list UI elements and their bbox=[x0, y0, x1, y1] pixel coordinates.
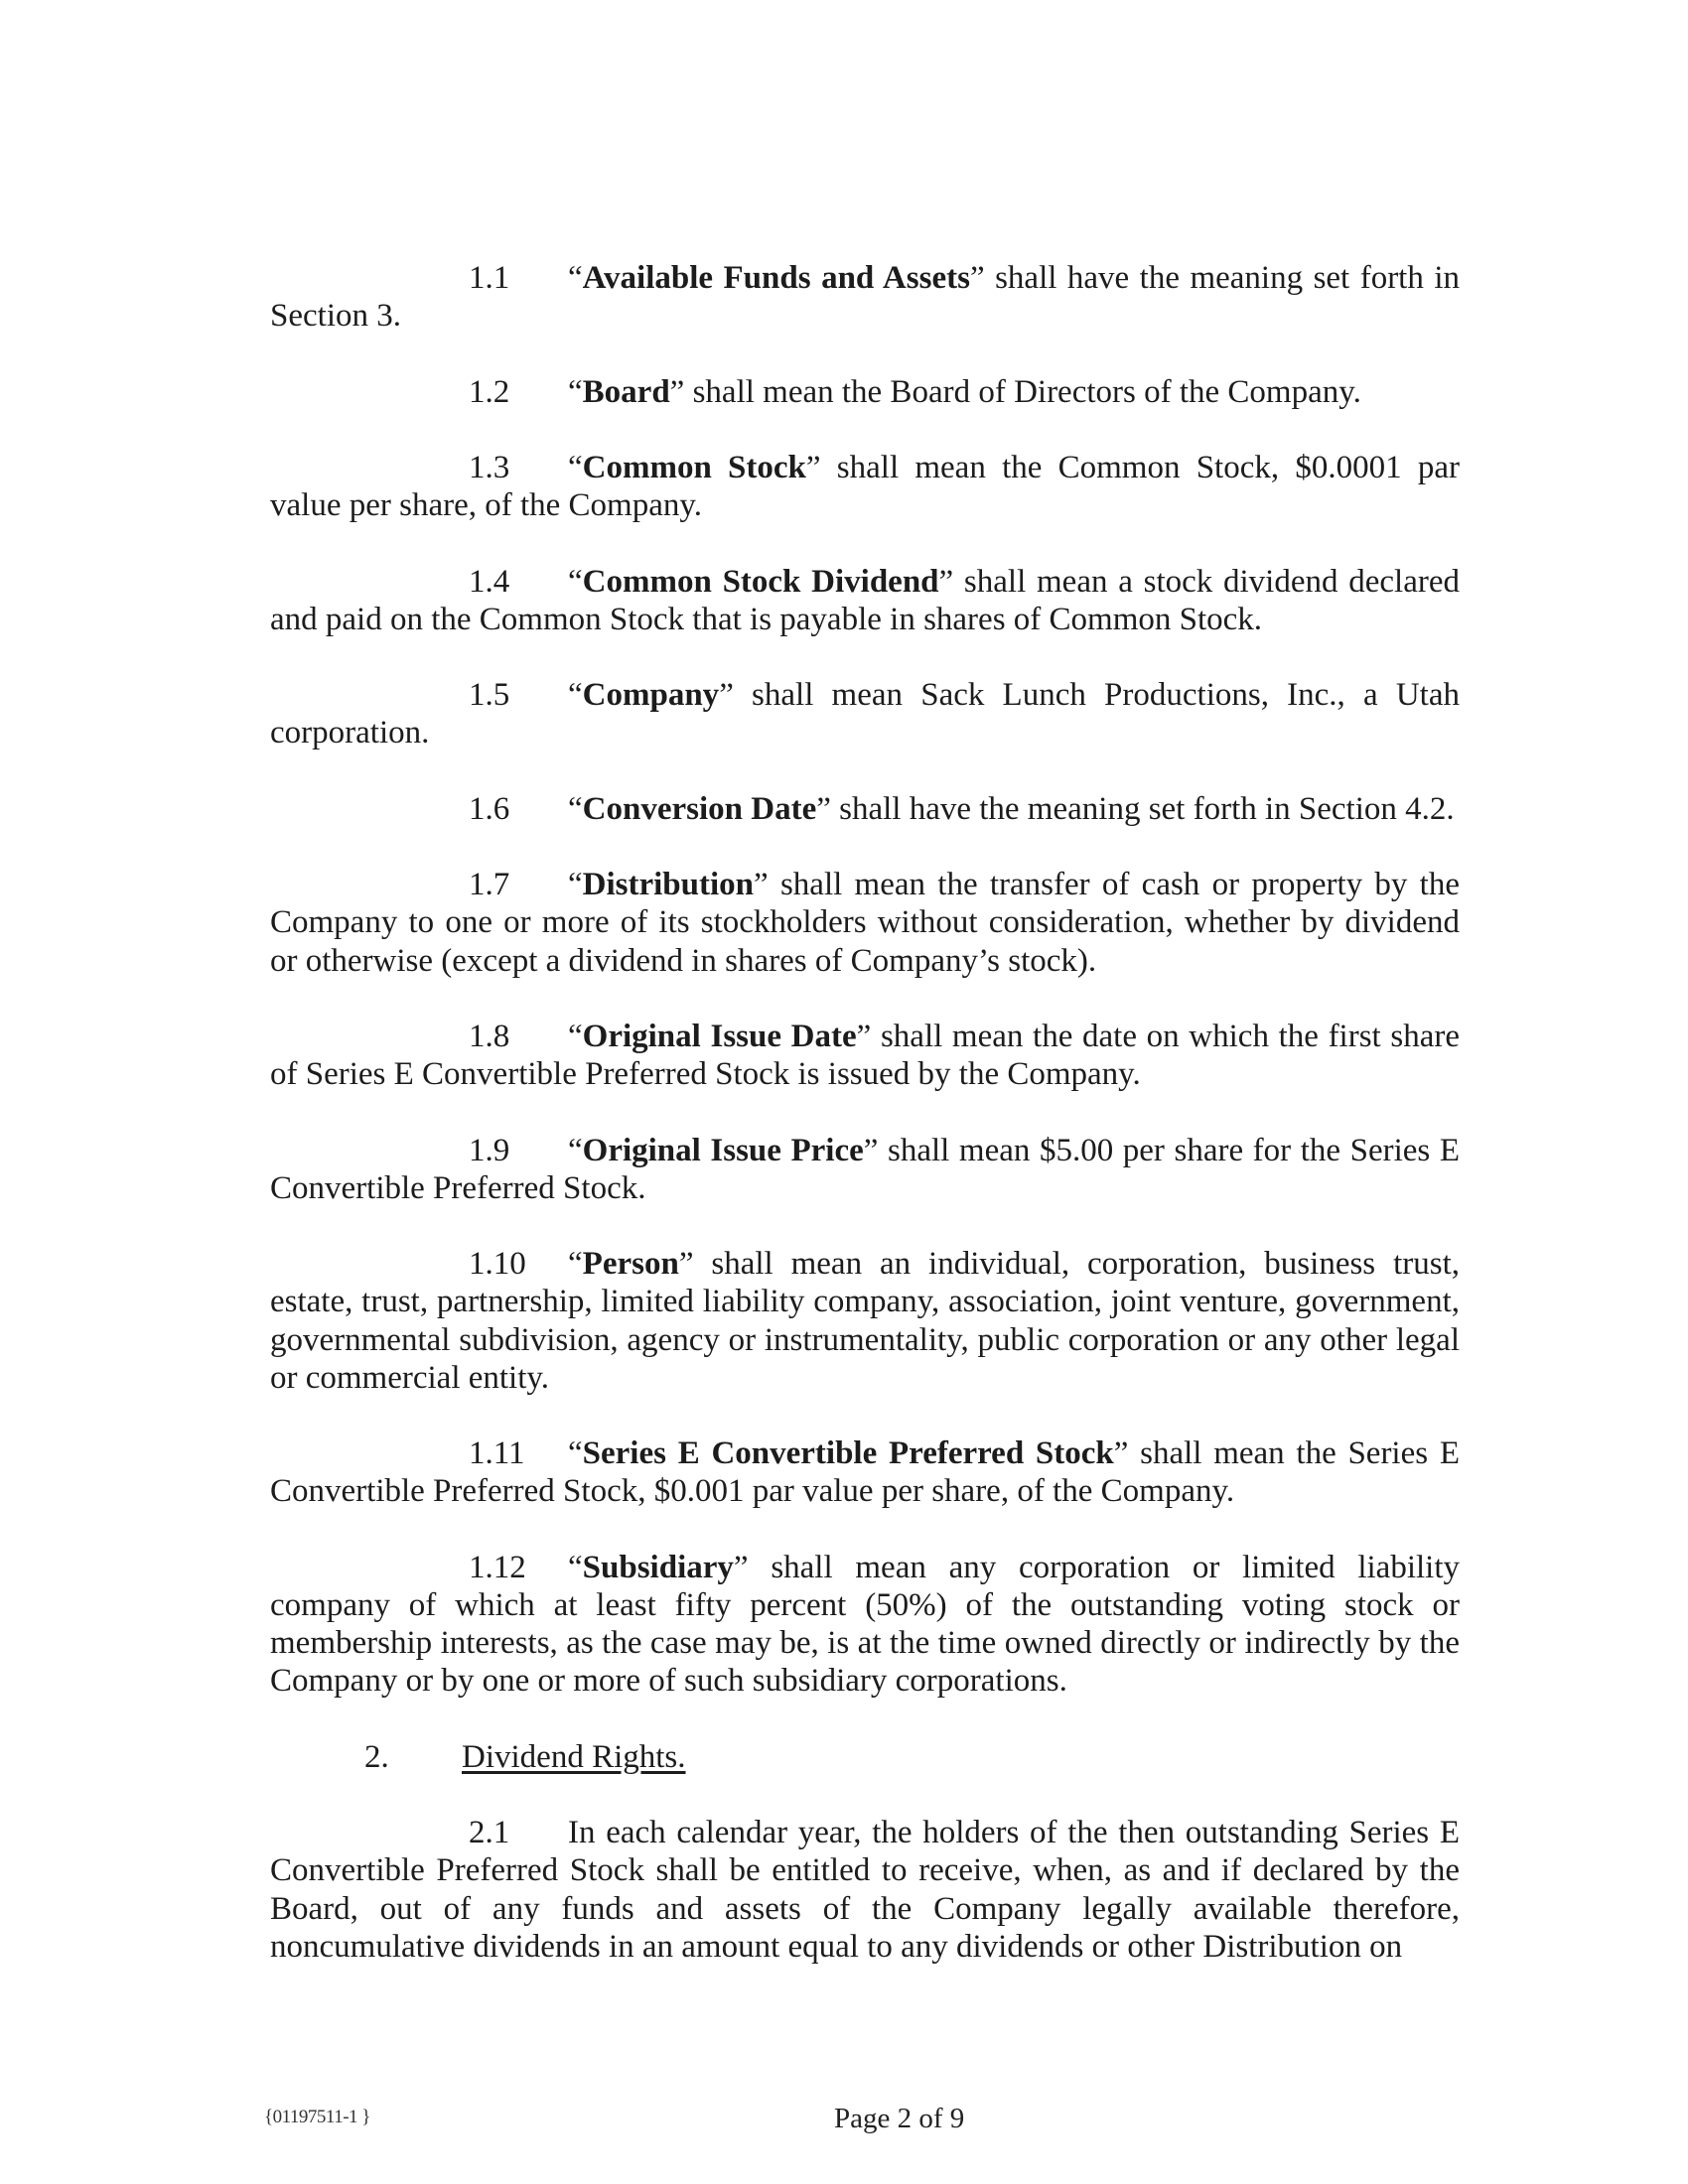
section-number: 1.4 bbox=[469, 563, 568, 601]
section-number: 1.7 bbox=[469, 866, 568, 903]
definition-text: shall mean Sack Lunch Productions, Inc.,… bbox=[270, 677, 1460, 751]
defined-term: Subsidiary bbox=[583, 1550, 734, 1585]
definition-text: shall mean the Board of Directors of the… bbox=[684, 374, 1361, 410]
document-body: 1.1“Available Funds and Assets” shall ha… bbox=[270, 259, 1460, 2003]
defined-term: Common Stock bbox=[583, 450, 806, 485]
definition-text: shall mean any corporation or limited li… bbox=[270, 1550, 1460, 1700]
section-number: 1.10 bbox=[469, 1245, 568, 1283]
section-number: 1.11 bbox=[469, 1434, 568, 1472]
definition-1-3: 1.3“Common Stock” shall mean the Common … bbox=[270, 449, 1460, 524]
section-number: 1.3 bbox=[469, 449, 568, 486]
defined-term: Series E Convertible Preferred Stock bbox=[583, 1435, 1114, 1471]
defined-term: Original Issue Date bbox=[583, 1019, 857, 1054]
definition-1-10: 1.10“Person” shall mean an individual, c… bbox=[270, 1245, 1460, 1397]
defined-term: Distribution bbox=[583, 867, 754, 902]
section-title: Dividend Rights. bbox=[462, 1739, 686, 1775]
definition-1-2: 1.2“Board” shall mean the Board of Direc… bbox=[270, 373, 1460, 411]
defined-term: Company bbox=[583, 677, 720, 713]
section-number: 2. bbox=[364, 1738, 462, 1776]
definition-1-5: 1.5“Company” shall mean Sack Lunch Produ… bbox=[270, 676, 1460, 751]
footer-page-number: Page 2 of 9 bbox=[834, 2103, 964, 2135]
definition-1-9: 1.9“Original Issue Price” shall mean $5.… bbox=[270, 1132, 1460, 1207]
section-number: 1.6 bbox=[469, 790, 568, 828]
defined-term: Original Issue Price bbox=[583, 1133, 864, 1168]
section-heading-dividend-rights: 2.Dividend Rights. bbox=[270, 1738, 1460, 1776]
paragraph-text: In each calendar year, the holders of th… bbox=[270, 1815, 1460, 1965]
section-number: 1.5 bbox=[469, 676, 568, 714]
definition-1-4: 1.4“Common Stock Dividend” shall mean a … bbox=[270, 563, 1460, 638]
paragraph-2-1: 2.1In each calendar year, the holders of… bbox=[270, 1814, 1460, 1966]
definition-1-7: 1.7“Distribution” shall mean the transfe… bbox=[270, 866, 1460, 980]
section-number: 1.1 bbox=[469, 259, 568, 297]
definition-1-11: 1.11“Series E Convertible Preferred Stoc… bbox=[270, 1434, 1460, 1510]
section-number: 1.12 bbox=[469, 1549, 568, 1586]
definition-1-12: 1.12“Subsidiary” shall mean any corporat… bbox=[270, 1549, 1460, 1701]
definition-1-8: 1.8“Original Issue Date” shall mean the … bbox=[270, 1018, 1460, 1093]
section-number: 1.9 bbox=[469, 1132, 568, 1169]
footer-document-id: {01197511-1 } bbox=[264, 2107, 370, 2128]
defined-term: Board bbox=[583, 374, 670, 410]
section-number: 1.8 bbox=[469, 1018, 568, 1055]
definition-text: shall mean the Common Stock, $0.0001 par… bbox=[270, 450, 1460, 523]
definition-1-6: 1.6“Conversion Date” shall have the mean… bbox=[270, 790, 1460, 828]
defined-term: Conversion Date bbox=[583, 791, 817, 827]
definition-text: shall have the meaning set forth in Sect… bbox=[831, 791, 1455, 827]
definition-text: shall mean an individual, corporation, b… bbox=[270, 1246, 1460, 1396]
defined-term: Person bbox=[583, 1246, 679, 1282]
defined-term: Available Funds and Assets bbox=[583, 260, 970, 296]
defined-term: Common Stock Dividend bbox=[583, 564, 939, 600]
definition-1-1: 1.1“Available Funds and Assets” shall ha… bbox=[270, 259, 1460, 335]
section-number: 1.2 bbox=[469, 373, 568, 411]
section-number: 2.1 bbox=[469, 1814, 568, 1851]
definition-text: shall mean the transfer of cash or prope… bbox=[270, 867, 1460, 978]
